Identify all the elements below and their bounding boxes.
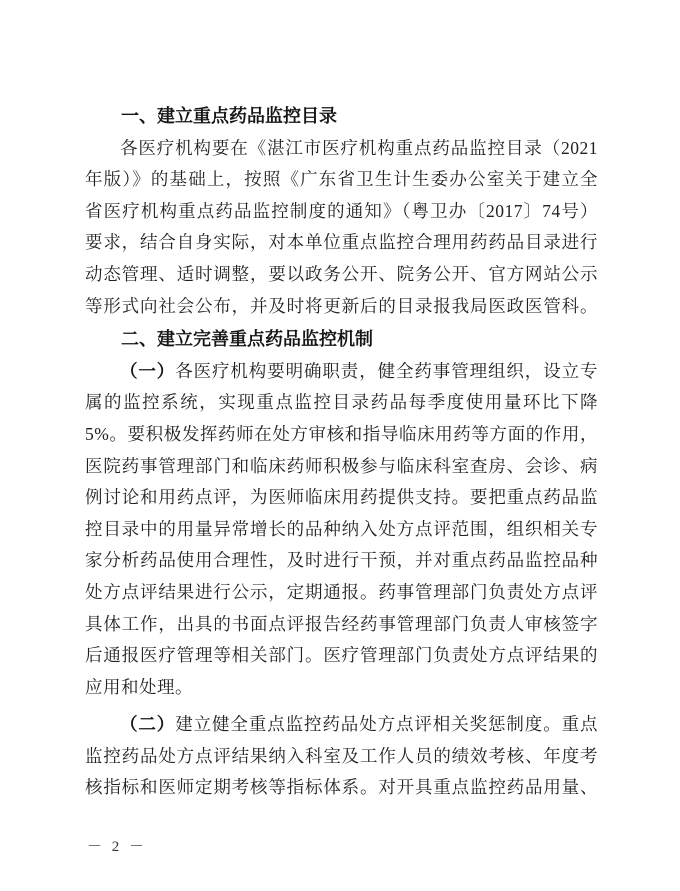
page-number: － 2 － — [87, 835, 147, 856]
text-line: 各医疗机构要在《湛江市医疗机构重点药品监控目录（2021 — [85, 133, 598, 165]
text-line: 核指标和医师定期考核等指标体系。对开具重点监控药品用量、 — [85, 772, 598, 804]
text-line: （二）建立健全重点监控药品处方点评相关奖惩制度。重点 — [85, 709, 598, 741]
paragraph: （一）各医疗机构要明确职责，健全药事管理组织，设立专属的监控系统，实现重点监控目… — [85, 356, 598, 704]
section-heading: 一、建立重点药品监控目录 — [85, 101, 598, 133]
paragraph-lead: （二） — [120, 714, 175, 734]
text-line: 要求，结合自身实际，对本单位重点监控合理用药药品目录进行 — [85, 227, 598, 259]
text-line: 年版）》的基础上，按照《广东省卫生计生委办公室关于建立全 — [85, 164, 598, 196]
document-content: 一、建立重点药品监控目录各医疗机构要在《湛江市医疗机构重点药品监控目录（2021… — [85, 99, 598, 804]
text-line: 5%。要积极发挥药师在处方审核和指导临床用药等方面的作用， — [85, 419, 598, 451]
text-line: 后通报医疗管理等相关部门。医疗管理部门负责处方点评结果的 — [85, 640, 598, 672]
text-line: 家分析药品使用合理性，及时进行干预，并对重点药品监控品种 — [85, 545, 598, 577]
section-heading: 二、建立完善重点药品监控机制 — [85, 324, 598, 356]
text-line: 处方点评结果进行公示，定期通报。药事管理部门负责处方点评 — [85, 577, 598, 609]
paragraph: 各医疗机构要在《湛江市医疗机构重点药品监控目录（2021年版）》的基础上，按照《… — [85, 133, 598, 323]
text-line: 动态管理、适时调整，要以政务公开、院务公开、官方网站公示 — [85, 259, 598, 291]
paragraph: （二）建立健全重点监控药品处方点评相关奖惩制度。重点监控药品处方点评结果纳入科室… — [85, 709, 598, 804]
text-line: 等形式向社会公布，并及时将更新后的目录报我局医政医管科。 — [85, 291, 598, 323]
text-line: 属的监控系统，实现重点监控目录药品每季度使用量环比下降 — [85, 387, 598, 419]
text-line: 监控药品处方点评结果纳入科室及工作人员的绩效考核、年度考 — [85, 741, 598, 773]
text-line: 应用和处理。 — [85, 672, 598, 704]
text-line: 例讨论和用药点评，为医师临床用药提供支持。要把重点药品监 — [85, 482, 598, 514]
text-line: 具体工作，出具的书面点评报告经药事管理部门负责人审核签字 — [85, 609, 598, 641]
paragraph-lead: （一） — [120, 361, 175, 381]
text-line: 医院药事管理部门和临床药师积极参与临床科室查房、会诊、病 — [85, 451, 598, 483]
text-line: （一）各医疗机构要明确职责，健全药事管理组织，设立专 — [85, 356, 598, 388]
document-page: 一、建立重点药品监控目录各医疗机构要在《湛江市医疗机构重点药品监控目录（2021… — [0, 0, 680, 891]
text-line: 控目录中的用量异常增长的品种纳入处方点评范围，组织相关专 — [85, 514, 598, 546]
text-line: 省医疗机构重点药品监控制度的通知》（粤卫办〔2017〕74号） — [85, 196, 598, 228]
